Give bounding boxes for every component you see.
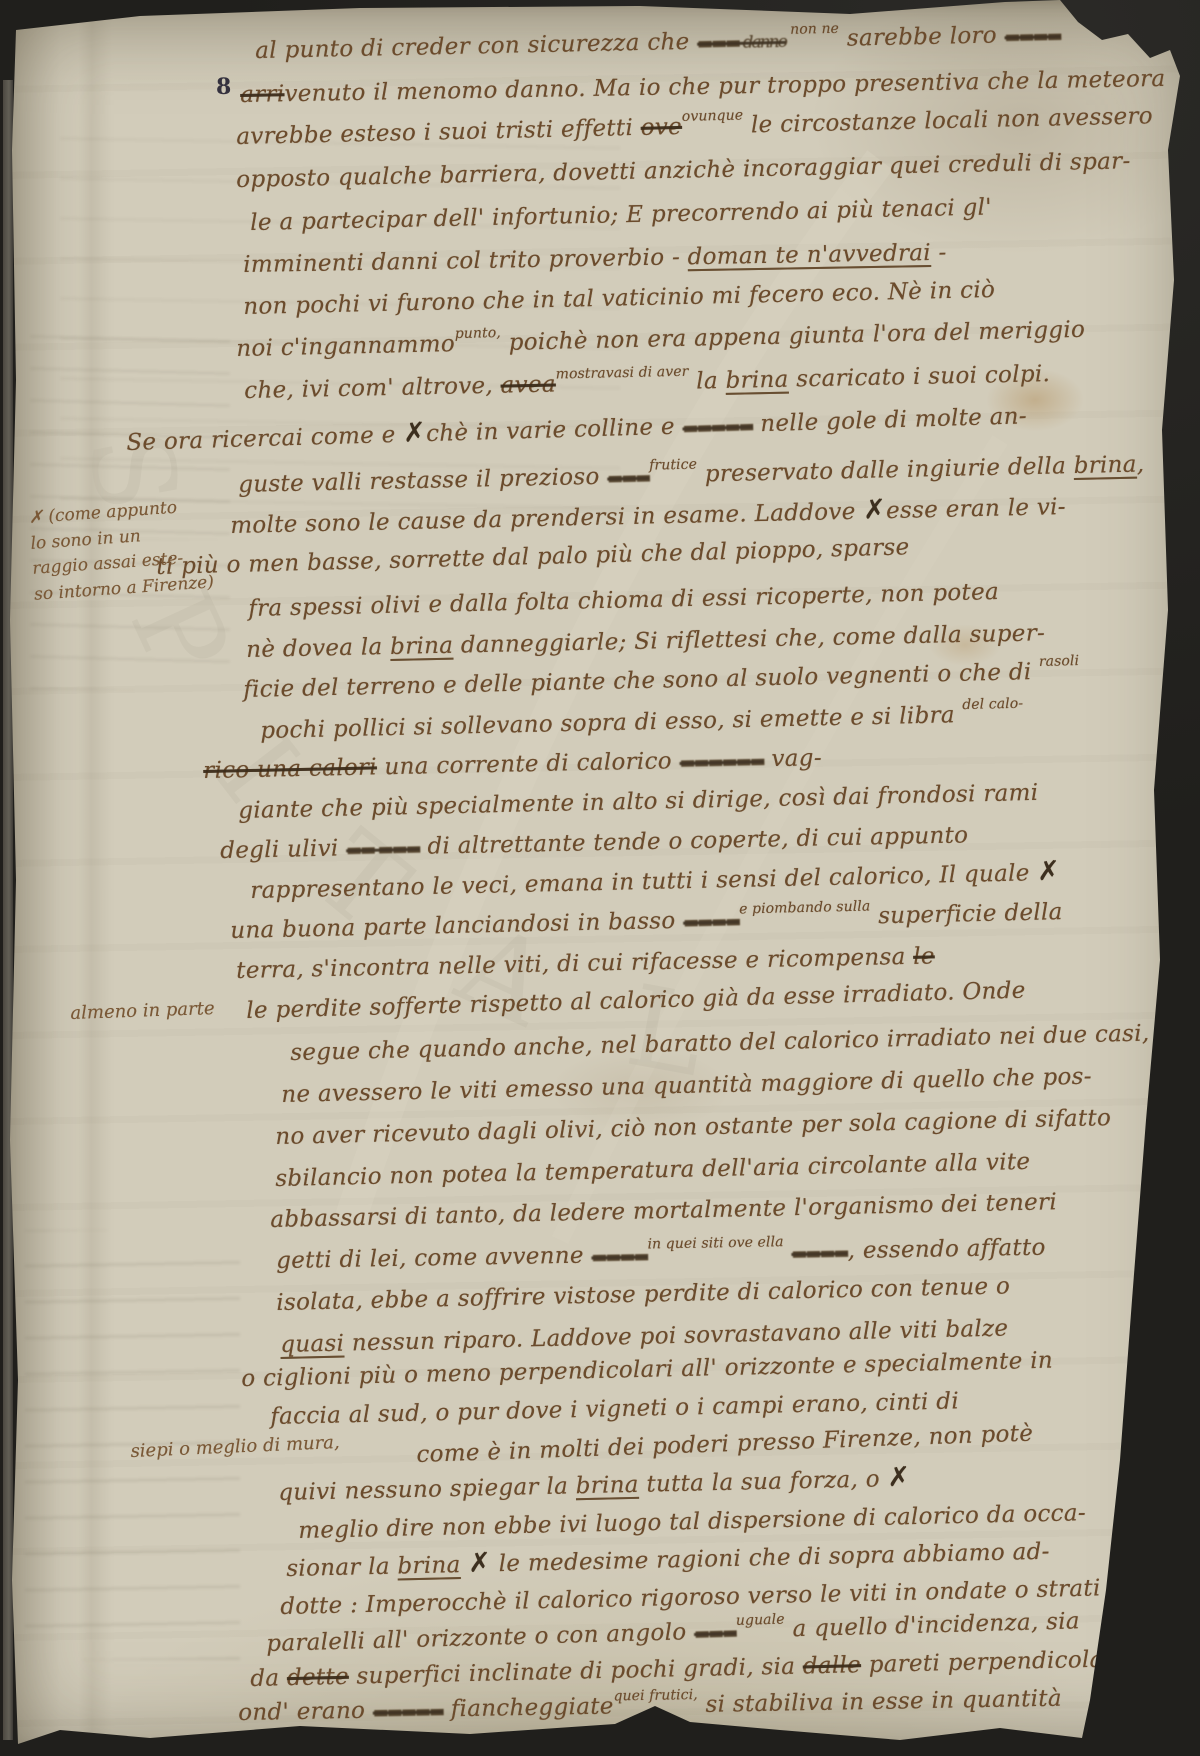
text-line: quivi nessuno spiegar la brina tutta la … [278, 1466, 911, 1506]
word-segment: avrebbe esteso i suoi tristi effetti [236, 115, 641, 150]
word-segment: rasoli [1039, 653, 1080, 670]
word-segment: avea [500, 371, 556, 398]
scribbled-out-word: ▬▬▬▬▬ [373, 1701, 444, 1722]
word-segment: segue che quando anche, nel baratto del … [290, 1021, 1150, 1066]
word-segment: frutice [649, 457, 697, 474]
binding-edge [3, 80, 13, 1740]
word-segment: ficie del terreno e delle piante che son… [243, 659, 1039, 703]
word-segment: brina [390, 633, 454, 660]
word-segment: uguale [736, 1612, 785, 1629]
margin-note: siepi o meglio di mura, [130, 1429, 340, 1465]
text-line: meglio dire non ebbe ivi luogo tal dispe… [298, 1500, 1086, 1544]
scribbled-out-word: ▬▬▬▬ [591, 1247, 648, 1268]
scribbled-out-word: ▬▬▬▬ [1004, 26, 1061, 47]
word-segment: fiancheggiate [443, 1693, 614, 1722]
scribbled-out-word: ▬▬▬ [607, 468, 650, 489]
text-line: terra, s'incontra nelle viti, di cui rif… [236, 943, 935, 984]
margin-note-line: siepi o meglio di mura, [130, 1429, 340, 1465]
manuscript-page: S P I T A L I 8 al punto di creder con s… [0, 0, 1200, 1756]
word-segment: quivi nessuno spiegar la [278, 1473, 576, 1506]
text-line: rappresentano le veci, emana in tutti i … [250, 860, 1060, 904]
word-segment: rappresentano le veci, emana in tutti i … [250, 860, 1038, 904]
word-segment: ti più o men basse, sorrette dal palo pi… [156, 534, 910, 580]
text-line: noi c'ingannammopunto, poichè non era ap… [236, 317, 1085, 362]
word-segment: superficie della [870, 899, 1063, 929]
text-line: pochi pollici si sollevano sopra di esso… [260, 701, 1024, 744]
word-segment: sionar la [286, 1553, 398, 1582]
scribbled-out-word: ▬▬▬ [694, 1623, 737, 1644]
text-line: getti di lei, come avvenne ▬▬▬▬in quei s… [276, 1235, 1046, 1274]
word-segment: brina [725, 367, 789, 394]
text-line: molte sono le cause da prendersi in esam… [230, 494, 1066, 539]
word-segment: Se ora ricercai come e [126, 422, 404, 456]
text-line: opposto qualche barriera, dovetti anzich… [236, 148, 1131, 193]
word-segment: arri [240, 81, 285, 108]
word-segment: chè in varie colline e [426, 413, 683, 447]
word-segment: danneggiarle; Si riflettesi che, come da… [453, 620, 1045, 658]
word-segment: sbilancio non potea la temperatura dell'… [275, 1149, 1031, 1192]
word-segment: scaricato i suoi colpi. [788, 361, 1050, 392]
word-segment: superfici inclinate di pochi gradi, sia [349, 1653, 804, 1689]
word-segment: vag- [764, 745, 823, 772]
word-segment: a quello d'incidenza, sia [785, 1608, 1081, 1642]
text-line: che, ivi com' altrove, aveamostravasi di… [244, 361, 1050, 404]
text-line: le perdite sofferte rispetto al calorico… [246, 978, 1026, 1024]
word-segment: sarebbe loro [839, 22, 1005, 51]
text-line: non pochi vi furono che in tal vaticinio… [243, 277, 995, 320]
text-line: al punto di creder con sicurezza che ▬▬▬… [255, 21, 1061, 64]
scribbled-out-word: ▬▬▬▬ [683, 911, 740, 932]
word-segment: brina [1073, 452, 1137, 479]
word-segment: le [913, 943, 935, 969]
insertion-mark: ✗ [887, 1462, 911, 1494]
scribbled-out-word: ▬▬▬▬▬▬ [679, 751, 764, 773]
word-segment: poichè non era appena giunta l'ora del m… [501, 317, 1086, 356]
text-line: come è in molti dei poderi presso Firenz… [416, 1420, 1034, 1468]
word-segment: rico una calori [203, 754, 377, 784]
word-segment: , [1136, 451, 1144, 477]
insertion-mark: ✗ [468, 1547, 492, 1579]
word-segment: in quei siti ove ella [647, 1234, 783, 1252]
text-line: imminenti danni col trito proverbio - do… [243, 240, 947, 278]
text-line: isolata, ebbe a soffrire vistose perdite… [276, 1273, 1010, 1316]
word-segment: e piombando sulla [739, 898, 871, 917]
text-line: ne avessero le viti emesso una quantità … [281, 1064, 1092, 1108]
margin-note: almeno in parte [70, 995, 215, 1027]
word-segment: brina [397, 1552, 461, 1579]
word-segment: fra spessi olivi e dalla folta chioma di… [248, 579, 999, 622]
text-line: le a partecipar dell' infortunio; E prec… [250, 194, 992, 236]
text-line: ond' erano ▬▬▬▬▬ fiancheggiatequei fruti… [238, 1686, 1062, 1726]
word-segment: isolata, ebbe a soffrire vistose perdite… [276, 1273, 1010, 1316]
word-segment: le perdite sofferte rispetto al calorico… [246, 978, 1026, 1024]
word-segment: tutta la sua forza, o [639, 1466, 888, 1498]
word-segment: - [931, 240, 947, 266]
insertion-mark: ✗ [403, 417, 427, 449]
text-line: segue che quando anche, nel baratto del … [290, 1021, 1150, 1066]
insertion-mark: ✗ [1037, 856, 1061, 888]
word-segment: pareti perpendicolari [861, 1646, 1123, 1678]
word-segment: le medesime ragioni che di sopra abbiamo… [491, 1539, 1050, 1578]
word-segment: esse eran le vi- [886, 494, 1066, 524]
text-line: sionar la brina ✗ le medesime ragioni ch… [286, 1539, 1050, 1582]
word-segment: le a partecipar dell' infortunio; E prec… [250, 194, 992, 236]
word-segment: degli ulivi [220, 835, 346, 864]
word-segment: punto, [455, 325, 501, 342]
word-segment: nè dovea la [246, 634, 390, 663]
word-segment: guste valli restasse il prezioso [238, 464, 608, 498]
scribbled-out-word: ▬▬▬ danno [697, 32, 786, 54]
text-line: ti più o men basse, sorrette dal palo pi… [156, 534, 910, 580]
word-segment: non ne [785, 21, 839, 38]
word-segment: no aver ricevuto dagli olivi, ciò non os… [275, 1105, 1111, 1150]
word-segment: imminenti danni col trito proverbio - [243, 244, 688, 278]
text-line: fra spessi olivi e dalla folta chioma di… [248, 579, 999, 622]
word-segment: doman te n'avvedrai [687, 240, 931, 270]
page-number: 8 [216, 74, 231, 100]
word-segment: come è in molti dei poderi presso Firenz… [416, 1420, 1034, 1468]
word-segment: si stabiliva in esse in quantità [698, 1686, 1062, 1718]
text-line: faccia al sud, o pur dove i vigneti o i … [270, 1388, 959, 1430]
word-segment: ond' erano [238, 1698, 373, 1726]
text-line: arrivenuto il menomo danno. Ma io che pu… [240, 66, 1166, 108]
word-segment: dalle [803, 1652, 862, 1679]
word-segment: una buona parte lanciandosi in basso [230, 908, 683, 944]
word-segment: terra, s'incontra nelle viti, di cui rif… [236, 944, 913, 984]
text-line: rico una calori una corrente di calorico… [203, 745, 822, 784]
word-segment: ne avessero le viti emesso una quantità … [281, 1064, 1092, 1108]
text-line: una buona parte lanciandosi in basso ▬▬▬… [230, 899, 1063, 944]
word-segment: , essendo affatto [847, 1235, 1045, 1264]
word-segment: le circostanze locali non avessero [743, 103, 1153, 138]
text-line: guste valli restasse il prezioso ▬▬▬frut… [238, 451, 1145, 498]
word-segment: del calo- [962, 696, 1023, 713]
text-line: nè dovea la brina danneggiarle; Si rifle… [246, 620, 1045, 663]
word-segment: noi c'ingannammo [236, 331, 455, 362]
text-line: abbassarsi di tanto, da ledere mortalmen… [270, 1189, 1057, 1233]
word-segment: dette [287, 1664, 350, 1691]
scribbled-out-word: ▬▬▬▬ [791, 1243, 848, 1264]
margin-note-line: almeno in parte [70, 995, 215, 1027]
word-segment: faccia al sud, o pur dove i vigneti o i … [270, 1388, 959, 1430]
word-segment: opposto qualche barriera, dovetti anzich… [236, 148, 1131, 193]
scribbled-out-word: ▬▬▬▬▬ [682, 416, 753, 438]
word-segment: abbassarsi di tanto, da ledere mortalmen… [270, 1189, 1057, 1233]
word-segment: al punto di creder con sicurezza che [255, 29, 697, 64]
word-segment: molte sono le cause da prendersi in esam… [230, 499, 863, 539]
scribbled-out-word: ▬▬ ▬▬▬ [346, 839, 420, 861]
word-segment: paralelli all' orizzonte o con angolo [266, 1619, 694, 1657]
word-segment: mostravasi di aver [555, 364, 688, 383]
word-segment: non pochi vi furono che in tal vaticinio… [243, 277, 995, 320]
word-segment: quei frutici, [613, 1687, 698, 1704]
word-segment: preservato dalle ingiurie della [697, 453, 1074, 488]
text-line: Se ora ricercai come e ✗chè in varie col… [126, 403, 1027, 456]
word-segment: di altrettante tende o coperte, di cui a… [420, 822, 969, 859]
photo-background: S P I T A L I 8 al punto di creder con s… [0, 0, 1200, 1756]
text-line: giante che più specialmente in alto si d… [238, 780, 1039, 824]
word-segment: quasi [280, 1331, 344, 1358]
text-line: ficie del terreno e delle piante che son… [243, 658, 1080, 703]
word-segment: che, ivi com' altrove, [244, 373, 501, 404]
word-segment: meglio dire non ebbe ivi luogo tal dispe… [298, 1500, 1086, 1544]
word-segment: da [250, 1665, 287, 1692]
margin-note: ✗ (come appuntolo sono in unraggio assai… [28, 493, 215, 607]
text-line: avrebbe esteso i suoi tristi effetti ove… [236, 103, 1153, 150]
insertion-mark: ✗ [863, 494, 887, 526]
text-line: degli ulivi ▬▬ ▬▬▬ di altrettante tende … [220, 822, 969, 864]
word-segment: nelle gole di molte an- [752, 403, 1027, 437]
word-segment: brina [575, 1472, 639, 1499]
word-segment: getti di lei, come avvenne [276, 1242, 592, 1273]
word-segment: venuto il menomo danno. Ma io che pur tr… [284, 66, 1165, 107]
text-line: sbilancio non potea la temperatura dell'… [275, 1149, 1031, 1192]
word-segment: pochi pollici si sollevano sopra di esso… [260, 702, 963, 744]
word-segment: una corrente di calorico [377, 748, 680, 780]
word-segment: ove [640, 114, 682, 141]
text-line: no aver ricevuto dagli olivi, ciò non os… [275, 1105, 1111, 1150]
word-segment: giante che più specialmente in alto si d… [238, 780, 1039, 824]
word-segment: ovunque [682, 107, 744, 124]
word-segment: la [688, 368, 725, 395]
